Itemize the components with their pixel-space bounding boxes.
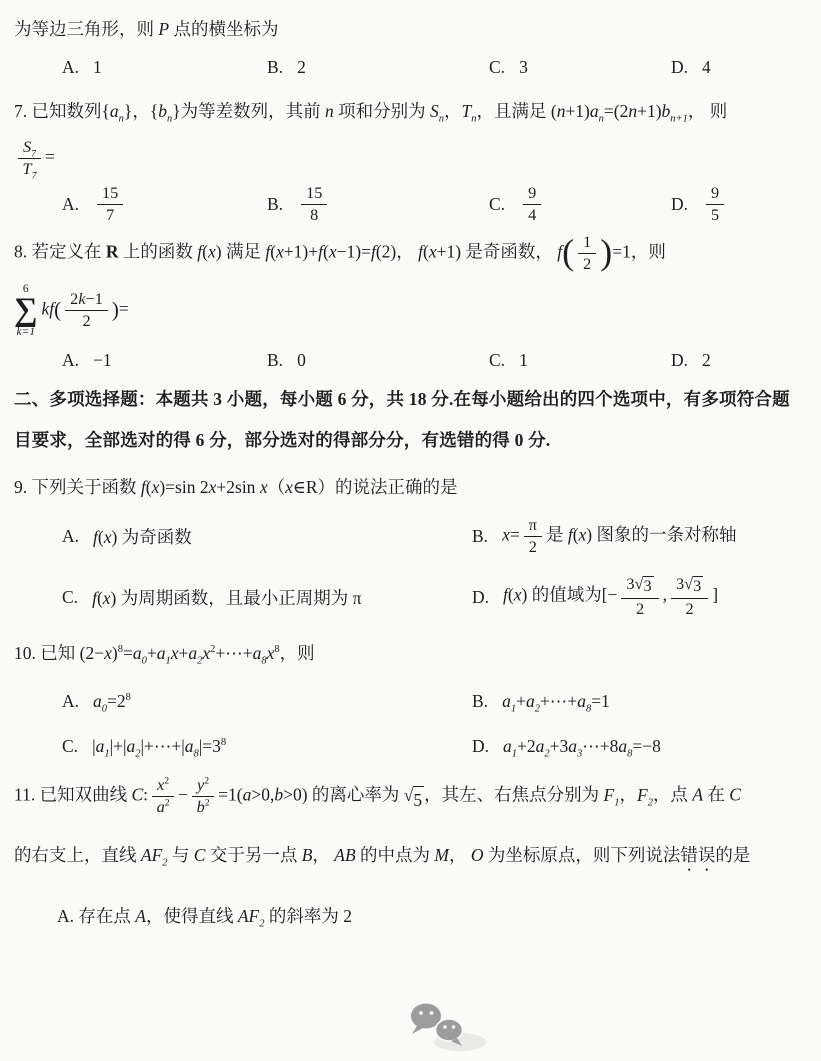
math-variable: x (276, 242, 284, 262)
mid-paren: ) (112, 298, 119, 322)
option-cell: D.4 (671, 57, 807, 78)
text-run: （ (268, 477, 286, 497)
math-variable: a2 (188, 643, 202, 663)
option-content: a1+a2+⋯+a8=1 (502, 691, 610, 712)
fraction-denominator: 2 (529, 537, 537, 557)
text-run: 3 (519, 57, 528, 77)
text-run: + (516, 691, 526, 711)
q9-options-cd: C.f(x) 为周期函数，且最小正周期为 πD.f(x) 的值域为[−3√32,… (14, 574, 807, 619)
math-variable: C (131, 785, 143, 805)
q8-stem: 8. 若定义在 R 上的函数 f(x) 满足 f(x+1)+f(x−1)=f(2… (14, 232, 807, 275)
text-run: ) 为周期函数，且最小正周期为 π (111, 588, 362, 608)
text-run: 为等边三角形，则 (14, 19, 158, 39)
fraction-numerator: 2k−1 (65, 290, 108, 311)
option-cell: A.1 (62, 57, 267, 78)
text-run: ) 为奇函数 (112, 527, 192, 547)
text-run: ， 则 (688, 101, 727, 121)
math-variable: a2 (157, 798, 170, 816)
math-variable: bn+1 (662, 101, 688, 121)
text-run: (2)， (376, 242, 418, 262)
math-variable: M (434, 845, 449, 865)
text-run: ，且满足 ( (476, 101, 556, 121)
text-run: 上的函数 (119, 242, 198, 262)
text-run: 在 (703, 785, 729, 805)
emphasized-text: 错误 (680, 845, 715, 865)
option-cell: C.3 (489, 57, 671, 78)
text-run: 的中点为 (356, 845, 435, 865)
text-run: , (663, 585, 667, 605)
option-content: 1 (93, 57, 102, 78)
math-variable: a8 (185, 736, 199, 756)
text-run: +⋯+ (540, 691, 577, 711)
radical-expression: √5 (404, 786, 424, 814)
math-variable: Sn (430, 101, 444, 121)
q7-options: A.157B.158C.94D.95 (14, 183, 807, 226)
math-fraction: 157 (97, 184, 123, 225)
q8-expression: 6∑k=1kf(2k−12)= (14, 283, 807, 338)
math-variable: x (285, 477, 293, 497)
math-variable: a8 (618, 736, 632, 756)
math-variable: bn (158, 101, 172, 121)
radical-sign: √ (404, 786, 414, 814)
math-variable: x (208, 242, 216, 262)
text-run: π (529, 516, 537, 534)
option-label: A. (62, 691, 79, 712)
text-run: 7. 已知数列 (14, 101, 102, 121)
math-fraction: 12 (578, 233, 596, 274)
option-label: A. (62, 194, 79, 215)
option-content: 157 (93, 183, 127, 226)
math-variable: P (158, 19, 169, 39)
text-run: +⋯+ (215, 643, 252, 663)
text-run: 为等差数列，其前 (181, 101, 325, 121)
option-content: a0=28 (93, 691, 131, 712)
text-run: 2 (702, 350, 711, 370)
option-content: 1 (519, 350, 528, 371)
text-run: ∈R）的说法正确的是 (293, 477, 458, 497)
text-run: 4 (528, 206, 536, 224)
text-run: 2 (82, 312, 90, 330)
text-run: 3 (626, 575, 634, 593)
text-run: 8. 若定义在 (14, 242, 106, 262)
big-paren: ( (562, 240, 574, 266)
math-variable: a8 (253, 643, 267, 663)
option-cell: C.|a1|+|a2|+⋯+|a8|=38 (62, 736, 472, 757)
math-variable: a2 (126, 736, 140, 756)
text-run: 与 (168, 845, 194, 865)
math-variable: AF2 (238, 906, 265, 926)
sum-symbol: 6∑k=1 (14, 283, 38, 338)
section-2-header: 二、多项选择题：本题共 3 小题，每小题 6 分，共 18 分.在每小题给出的四… (14, 379, 807, 460)
text-run: 1 (519, 350, 528, 370)
option-label: D. (671, 194, 688, 215)
text-run: − (178, 785, 188, 805)
math-fraction: y2b2 (192, 776, 214, 817)
option-cell: D.a1+2a2+3a3⋯+8a8=−8 (472, 736, 807, 757)
text-run: = (123, 643, 133, 663)
text-run: ) 满足 (216, 242, 266, 262)
q7-expression: S7T7= (14, 137, 807, 180)
text-run: 4 (702, 57, 711, 77)
math-variable: F1 (604, 785, 620, 805)
option-label: A. (62, 57, 79, 78)
text-run: 15 (306, 184, 322, 202)
text-run: =1，则 (612, 242, 666, 262)
math-variable: F2 (637, 785, 653, 805)
option-cell: C.94 (489, 183, 671, 226)
text-run: ) 的值域为[− (522, 585, 618, 605)
text-run: ) 图象的一条对称轴 (586, 525, 736, 545)
option-cell: C.1 (489, 350, 671, 371)
option-cell: B.2 (267, 57, 489, 78)
fraction-denominator: 2 (636, 599, 644, 619)
text-run: 9 (711, 184, 719, 202)
text-run: 9. 下列关于函数 (14, 477, 141, 497)
option-cell: D.2 (671, 350, 807, 371)
text-run: 2 (686, 600, 694, 618)
text-run: = (45, 147, 55, 167)
text-run: +2sin (216, 477, 259, 497)
option-content: f(x) 为周期函数，且最小正周期为 π (92, 585, 361, 610)
text-run: +1) 是奇函数， (437, 242, 558, 262)
q9-stem: 9. 下列关于函数 f(x)=sin 2x+2sin x（x∈R）的说法正确的是 (14, 474, 807, 501)
text-run: +2 (517, 736, 536, 756)
text-run: 2 (529, 538, 537, 556)
math-variable: x (104, 527, 112, 547)
option-content: a1+2a2+3a3⋯+8a8=−8 (503, 736, 661, 757)
option-content: x=π2是 f(x) 图象的一条对称轴 (502, 515, 736, 558)
fraction-numerator: 15 (301, 184, 327, 205)
text-run: 15 (102, 184, 118, 202)
fraction-numerator: y2 (192, 776, 214, 797)
math-variable: C (729, 785, 741, 805)
text-run: >0) 的离心率为 (283, 785, 404, 805)
fraction-numerator: 1 (578, 233, 596, 254)
text-run: ] (712, 585, 718, 605)
radicand: 5 (413, 786, 424, 814)
fraction-denominator: 2 (686, 599, 694, 619)
sum-lower-limit: k=1 (16, 326, 35, 339)
option-label: A. (62, 350, 79, 371)
option-label: D. (472, 587, 489, 608)
math-variable: n (325, 101, 334, 121)
text-run: 5 (711, 206, 719, 224)
math-variable: kf (42, 299, 55, 319)
math-fraction: x2a2 (152, 776, 174, 817)
text-run: + (147, 643, 157, 663)
option-label: B. (472, 691, 488, 712)
text-run: 11. 已知双曲线 (14, 785, 131, 805)
text-run: 2 (636, 600, 644, 618)
text-run: + (178, 643, 188, 663)
q9-options-ab: A.f(x) 为奇函数B.x=π2是 f(x) 图象的一条对称轴 (14, 515, 807, 558)
text-run: )8 (112, 643, 123, 663)
radical-sign: √ (635, 576, 644, 596)
math-variable: a0 (93, 691, 107, 711)
text-run: =28 (107, 691, 131, 711)
radicand: 3 (643, 576, 653, 596)
radical-expression: √3 (635, 576, 654, 596)
math-variable: x2 (157, 776, 169, 794)
option-content: −1 (93, 350, 112, 371)
math-variable: n (628, 101, 637, 121)
text-run: 点的横坐标为 (169, 19, 278, 39)
sigma-glyph: ∑ (14, 296, 38, 326)
fraction-numerator: 3√3 (671, 575, 708, 598)
option-label: D. (671, 350, 688, 371)
math-fraction: 2k−12 (65, 290, 108, 331)
text-run: ， (132, 101, 150, 121)
option-content: |a1|+|a2|+⋯+|a8|=38 (92, 736, 226, 757)
option-cell: B.0 (267, 350, 489, 371)
math-variable: a1 (157, 643, 171, 663)
text-run: 2 (297, 57, 306, 77)
math-variable: a2 (526, 691, 540, 711)
math-variable: S7 (23, 138, 36, 156)
fraction-numerator: 9 (523, 184, 541, 205)
fraction-denominator: a2 (157, 797, 170, 817)
option-label: D. (472, 736, 489, 757)
option-label: C. (489, 57, 505, 78)
text-run: ， (312, 845, 334, 865)
math-variable: a1 (502, 691, 516, 711)
q10-stem: 10. 已知 (2−x)8=a0+a1x+a2x2+⋯+a8x8，则 (14, 640, 807, 667)
option-content: 158 (297, 183, 331, 226)
math-variable: x (514, 585, 522, 605)
option-cell: A.a0=28 (62, 691, 472, 712)
option-cell: C.f(x) 为周期函数，且最小正周期为 π (62, 585, 472, 610)
text-run: +1) (565, 101, 589, 121)
text-run: } (172, 101, 180, 121)
wechat-eye (430, 1011, 434, 1015)
math-variable: B (302, 845, 313, 865)
option-label: B. (472, 526, 488, 547)
text-run: ， (449, 845, 471, 865)
option-cell: B.158 (267, 183, 489, 226)
math-variable: a0 (133, 643, 147, 663)
text-run: 7 (106, 206, 114, 224)
math-variable: x2 (202, 643, 215, 663)
text-run: =1( (218, 785, 242, 805)
text-run: ，其左、右焦点分别为 (424, 785, 603, 805)
fraction-numerator: 9 (706, 184, 724, 205)
option-label: C. (62, 587, 78, 608)
exam-document: 为等边三角形，则 P 点的横坐标为A.1B.2C.3D.47. 已知数列{an}… (0, 0, 821, 931)
text-run: 交于另一点 (205, 845, 301, 865)
math-variable: x (104, 643, 112, 663)
math-variable: A (692, 785, 703, 805)
math-variable: C (194, 845, 206, 865)
fraction-numerator: 15 (97, 184, 123, 205)
math-variable: AF2 (141, 845, 168, 865)
text-run: |+⋯+| (140, 736, 184, 756)
math-variable: b2 (197, 798, 210, 816)
radical-sign: √ (684, 576, 693, 596)
text-run: )=sin 2 (159, 477, 208, 497)
text-run: = (510, 525, 520, 545)
math-fraction: 94 (523, 184, 541, 225)
text-run: 2 (583, 255, 591, 273)
math-fraction: 158 (301, 184, 327, 225)
fraction-denominator: 2 (82, 311, 90, 331)
math-variable: a8 (577, 691, 591, 711)
option-label: B. (267, 57, 283, 78)
wechat-bubble-small (436, 1019, 463, 1041)
fraction-denominator: 2 (583, 254, 591, 274)
text-run: 9 (528, 184, 536, 202)
fraction-denominator: T7 (23, 159, 37, 179)
text-run: +1)+ (284, 242, 318, 262)
math-variable: a1 (503, 736, 517, 756)
option-content: 2 (297, 57, 306, 78)
fraction-numerator: S7 (18, 138, 41, 159)
q7-stem: 7. 已知数列{an}，{bn}为等差数列，其前 n 项和分别为 Sn，Tn，且… (14, 98, 807, 125)
option-label: B. (267, 194, 283, 215)
q11-option-a: A. 存在点 A，使得直线 AF2 的斜率为 2 (14, 903, 807, 930)
math-variable: x8 (267, 643, 280, 663)
option-cell: B.x=π2是 f(x) 图象的一条对称轴 (472, 515, 807, 558)
math-variable: k (78, 290, 85, 308)
math-variable: a2 (536, 736, 550, 756)
math-variable: A (135, 906, 146, 926)
radical-expression: √3 (684, 576, 703, 596)
text-run: 为坐标原点，则下列说法 (484, 845, 681, 865)
math-variable: x (502, 525, 510, 545)
text-run: 的右支上，直线 (14, 845, 141, 865)
q6-stem-continued: 为等边三角形，则 P 点的横坐标为 (14, 16, 807, 43)
math-variable: an (110, 101, 124, 121)
option-cell: A.−1 (62, 350, 267, 371)
text-run: +3 (550, 736, 569, 756)
text-run: |+| (110, 736, 127, 756)
math-variable: a3 (568, 736, 582, 756)
wechat-eye (452, 1025, 455, 1028)
fraction-denominator: 7 (106, 205, 114, 225)
text-run: +1) (637, 101, 661, 121)
option-content: 94 (519, 183, 545, 226)
option-label: A. (62, 526, 79, 547)
text-run: ，则 (280, 643, 315, 663)
option-label: D. (671, 57, 688, 78)
q11-stem-line1: 11. 已知双曲线 C:x2a2−y2b2=1(a>0,b>0) 的离心率为 √… (14, 775, 807, 818)
text-run: { (102, 101, 110, 121)
option-content: 4 (702, 57, 711, 78)
option-content: 95 (702, 183, 728, 226)
math-variable: x (329, 242, 337, 262)
wechat-eye (443, 1025, 446, 1028)
text-run: −1 (93, 350, 112, 370)
q10-options-ab: A.a0=28B.a1+a2+⋯+a8=1 (14, 691, 807, 712)
text-run: =(2 (604, 101, 628, 121)
fraction-numerator: π (524, 516, 542, 537)
fraction-denominator: 8 (310, 205, 318, 225)
text-run: 8 (310, 206, 318, 224)
text-run: 项和分别为 (334, 101, 430, 121)
option-cell: D.95 (671, 183, 807, 226)
q11-stem-line2: 的右支上，直线 AF2 与 C 交于另一点 B， AB 的中点为 M， O 为坐… (14, 842, 807, 875)
text-run: >0, (251, 785, 274, 805)
option-cell: B.a1+a2+⋯+a8=1 (472, 691, 807, 712)
radicand: 3 (693, 576, 703, 596)
text-run: = (119, 299, 129, 319)
text-run: 0 (297, 350, 306, 370)
option-content: 3 (519, 57, 528, 78)
math-fraction: 95 (706, 184, 724, 225)
text-run: : (143, 785, 148, 805)
option-content: f(x) 为奇函数 (93, 524, 192, 549)
text-run: 的斜率为 2 (264, 906, 352, 926)
option-cell: A.157 (62, 183, 267, 226)
option-label: B. (267, 350, 283, 371)
math-fraction: π2 (524, 516, 542, 557)
bold-text-run: R (106, 242, 119, 262)
option-cell: D.f(x) 的值域为[−3√32,3√32] (472, 574, 807, 619)
math-fraction: 3√32 (671, 575, 708, 618)
math-variable: y2 (197, 776, 209, 794)
text-run: 1 (583, 233, 591, 251)
fraction-numerator: 3√3 (621, 575, 658, 598)
fraction-denominator: 5 (711, 205, 719, 225)
math-variable: b (274, 785, 283, 805)
math-fraction: 3√32 (621, 575, 658, 618)
math-variable: x (260, 477, 268, 497)
q10-options-cd: C.|a1|+|a2|+⋯+|a8|=38D.a1+2a2+3a3⋯+8a8=−… (14, 736, 807, 757)
option-label: C. (489, 194, 505, 215)
fraction-denominator: 4 (528, 205, 536, 225)
text-run: ， (444, 101, 462, 121)
option-content: 0 (297, 350, 306, 371)
text-run: ， (619, 785, 637, 805)
wechat-eye (419, 1011, 423, 1015)
option-label: C. (62, 736, 78, 757)
text-run: 3 (676, 575, 684, 593)
text-run: 1 (93, 57, 102, 77)
text-run: =−8 (632, 736, 661, 756)
math-fraction: S7T7 (18, 138, 41, 179)
mid-paren: ( (54, 298, 61, 322)
option-cell: A.f(x) 为奇函数 (62, 524, 472, 549)
wechat-watermark-svg (404, 1000, 504, 1056)
math-variable: an (590, 101, 604, 121)
text-run: |=38 (199, 736, 226, 756)
math-variable: a1 (96, 736, 110, 756)
math-variable: Tn (462, 101, 477, 121)
text-run: 是 (546, 525, 568, 545)
text-run: ⋯+8 (582, 736, 618, 756)
text-run: 的是 (715, 845, 750, 865)
text-run: A. 存在点 (57, 906, 135, 926)
text-run: ，点 (653, 785, 692, 805)
q8-options: A.−1B.0C.1D.2 (14, 350, 807, 371)
text-run: −1)= (337, 242, 371, 262)
text-run: 10. 已知 (2− (14, 643, 104, 663)
option-label: C. (489, 350, 505, 371)
math-variable: x (103, 588, 111, 608)
text-run: =1 (591, 691, 610, 711)
text-run: 二、多项选择题：本题共 3 小题，每小题 6 分，共 18 分.在每小题给出的四… (14, 389, 790, 449)
text-run: ，使得直线 (146, 906, 238, 926)
math-variable: O (471, 845, 484, 865)
math-variable: AB (334, 845, 355, 865)
q6-options: A.1B.2C.3D.4 (14, 57, 807, 78)
math-variable: T7 (23, 160, 37, 178)
wechat-watermark-icon (404, 1000, 504, 1056)
option-content: 2 (702, 350, 711, 371)
math-variable: x (429, 242, 437, 262)
text-run: −1 (86, 290, 103, 308)
text-run: { (150, 101, 158, 121)
fraction-numerator: x2 (152, 776, 174, 797)
